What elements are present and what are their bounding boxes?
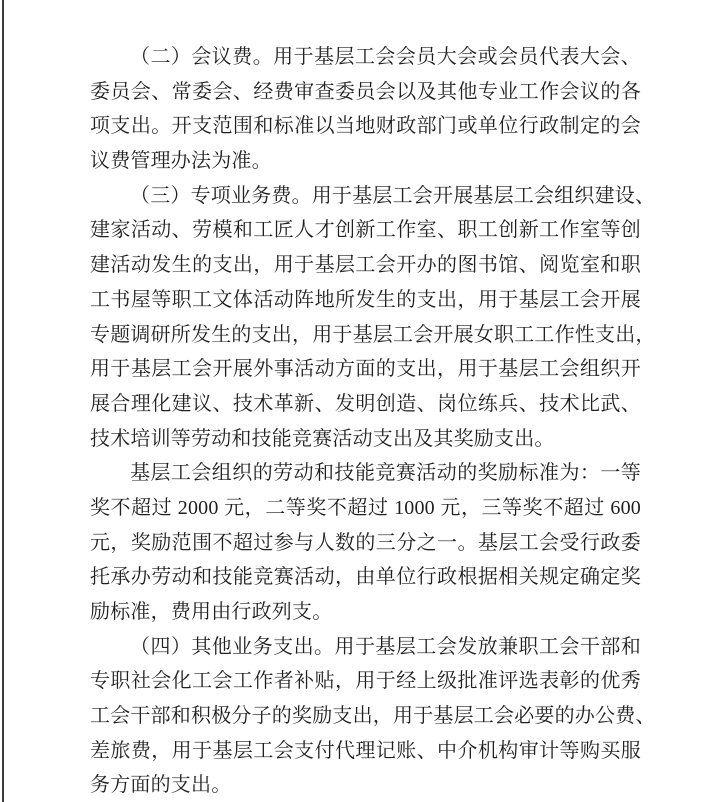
text-line: （二）会议费。用于基层工会会员大会或会员代表大会、 [90,40,641,75]
text-line: 建活动发生的支出，用于基层工会开办的图书馆、阅览室和职 [90,248,641,283]
paragraph-meeting-fee: （二）会议费。用于基层工会会员大会或会员代表大会、 委员会、常委会、经费审查委员… [90,40,641,179]
text-line: 专职社会化工会工作者补贴，用于经上级批准评选表彰的优秀 [90,664,641,699]
document-text-block: （二）会议费。用于基层工会会员大会或会员代表大会、 委员会、常委会、经费审查委员… [90,40,641,802]
paragraph-competition-award: 基层工会组织的劳动和技能竞赛活动的奖励标准为：一等 奖不超过 2000 元，二等… [90,456,641,629]
text-line: 委员会、常委会、经费审查委员会以及其他专业工作会议的各 [90,75,641,110]
text-line: （四）其他业务支出。用于基层工会发放兼职工会干部和 [90,630,641,665]
text-line: 技术培训等劳动和技能竞赛活动支出及其奖励支出。 [90,422,641,457]
text-line: 托承办劳动和技能竞赛活动，由单位行政根据相关规定确定奖 [90,560,641,595]
text-line: 励标准，费用由行政列支。 [90,595,641,630]
text-line: 元，奖励范围不超过参与人数的三分之一。基层工会受行政委 [90,526,641,561]
text-line: 工书屋等职工文体活动阵地所发生的支出，用于基层工会开展 [90,283,641,318]
text-line: 用于基层工会开展外事活动方面的支出，用于基层工会组织开 [90,352,641,387]
paragraph-other-business: （四）其他业务支出。用于基层工会发放兼职工会干部和 专职社会化工会工作者补贴，用… [90,630,641,802]
text-line: 基层工会组织的劳动和技能竞赛活动的奖励标准为：一等 [90,456,641,491]
paragraph-special-business-fee: （三）专项业务费。用于基层工会开展基层工会组织建设、 建家活动、劳模和工匠人才创… [90,179,641,457]
text-line: 项支出。开支范围和标准以当地财政部门或单位行政制定的会 [90,109,641,144]
text-line: （三）专项业务费。用于基层工会开展基层工会组织建设、 [90,179,641,214]
text-line: 差旅费，用于基层工会支付代理记账、中介机构审计等购买服 [90,734,641,769]
text-line: 建家活动、劳模和工匠人才创新工作室、职工创新工作室等创 [90,213,641,248]
text-line: 议费管理办法为准。 [90,144,641,179]
text-line: 展合理化建议、技术革新、发明创造、岗位练兵、技术比武、 [90,387,641,422]
text-line: 务方面的支出。 [90,768,641,802]
scan-edge-line [2,0,4,802]
text-line: 工会干部和积极分子的奖励支出，用于基层工会必要的办公费、 [90,699,641,734]
text-line: 奖不超过 2000 元，二等奖不超过 1000 元，三等奖不超过 600 [90,491,641,526]
text-line: 专题调研所发生的支出，用于基层工会开展女职工工作性支出， [90,318,641,353]
document-page: （二）会议费。用于基层工会会员大会或会员代表大会、 委员会、常委会、经费审查委员… [0,0,714,802]
